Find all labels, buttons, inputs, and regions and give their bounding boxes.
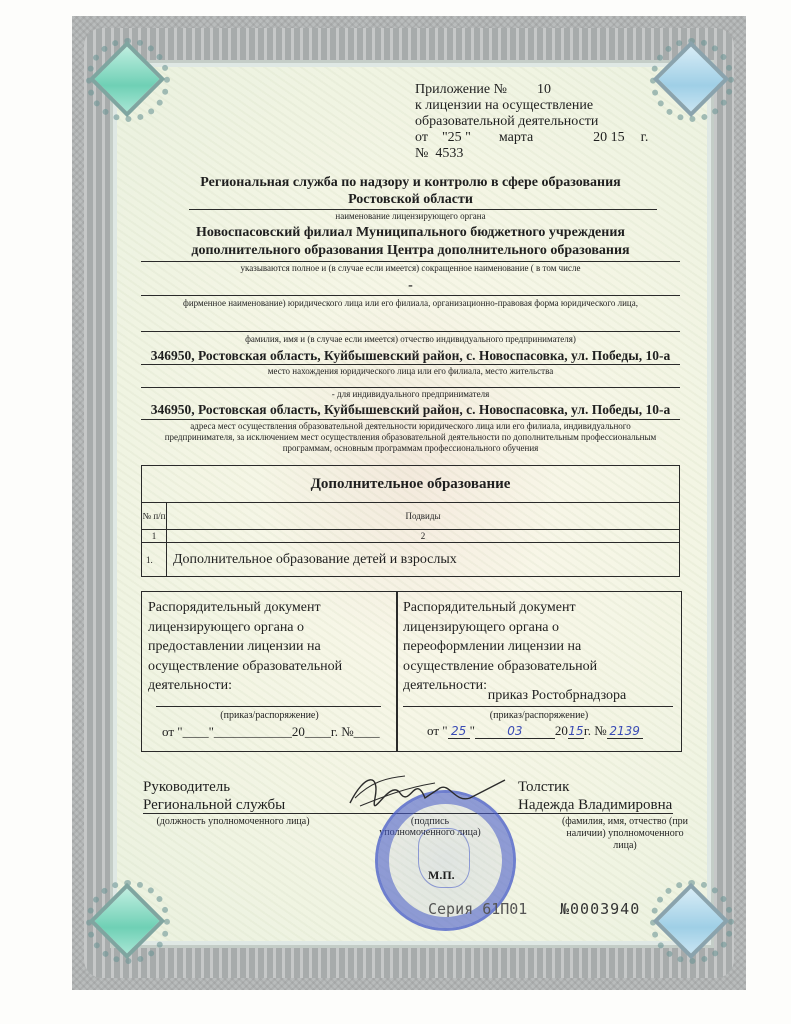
appendix-number: 10 [537, 82, 551, 97]
table-row: 1. Дополнительное образование детей и вз… [142, 543, 680, 577]
form-number: №0003940 [560, 900, 640, 918]
activity-caption-1: адреса мест осуществления образовательно… [141, 421, 680, 432]
education-table: Дополнительное образование № п/п Подвиды… [141, 465, 680, 577]
signature-scribble [345, 768, 515, 818]
activity-caption-2: предпринимателя, за исключением мест осу… [141, 432, 680, 443]
appendix-line2: к лицензии на осуществление [415, 98, 675, 114]
grant-document-caption: (приказ/распоряжение) [142, 710, 397, 721]
grant-document-box: Распорядительный документ лицензирующего… [141, 591, 398, 752]
appendix-date-month: марта [499, 130, 533, 145]
activity-caption-3: программам, основным программам професси… [141, 443, 680, 454]
number-prefix: г. № [584, 723, 607, 738]
reissue-number: 2139 [607, 724, 643, 739]
label-line: осуществление образовательной [403, 657, 597, 677]
column-index-1: 1 [142, 530, 167, 543]
label-line: лицензирующего органа о [148, 618, 342, 638]
grant-document-date-line: от "____"____________20____г. №____ [162, 724, 380, 740]
position-caption: (должность уполномоченного лица) [143, 816, 323, 827]
table-title: Дополнительное образование [142, 466, 680, 503]
reissue-month: 03 [475, 724, 555, 739]
licensee-brand-name: - [141, 277, 680, 294]
licensee-caption-2: фирменное наименование) юридического лиц… [141, 298, 680, 309]
label-line: осуществление образовательной [148, 657, 342, 677]
signatory-surname: Толстик [518, 778, 672, 796]
appendix-date-day: "25 " [442, 130, 471, 145]
address-caption: место нахождения юридического лица или е… [141, 366, 680, 377]
reissue-day: 25 [448, 724, 470, 739]
corner-ornament-bottom-left [82, 876, 164, 958]
date-from: от " [427, 723, 448, 738]
label-line: деятельности: [148, 676, 342, 696]
reissue-document-caption: (приказ/распоряжение) [397, 710, 681, 721]
date-prefix: от [415, 130, 428, 145]
form-series: Серия 61П01 [428, 900, 527, 918]
year-prefix: 20 [555, 723, 568, 738]
licensee-name-line1: Новоспасовский филиал Муниципального бюд… [141, 224, 680, 241]
signatory-name: Толстик Надежда Владимировна [518, 778, 672, 814]
seal-label: М.П. [428, 868, 455, 883]
corner-ornament-top-left [82, 34, 164, 116]
row-number: 1. [142, 543, 167, 577]
grant-document-label: Распорядительный документ лицензирующего… [148, 598, 342, 696]
authority-caption: наименование лицензирующего органа [141, 211, 680, 222]
column-header-number: № п/п [142, 503, 167, 530]
license-number: № 4533 [415, 146, 675, 162]
appendix-label: Приложение № [415, 82, 507, 97]
label-line: лицензирующего органа о [403, 618, 597, 638]
authority-name-line2: Ростовской области [141, 191, 680, 208]
authority-name-line1: Региональная служба по надзору и контрол… [141, 174, 680, 191]
reissue-document-box: Распорядительный документ лицензирующего… [396, 591, 682, 752]
licensee-address: 346950, Ростовская область, Куйбышевский… [141, 347, 680, 364]
series-value: 61П01 [482, 900, 527, 918]
licensee-caption-3: фамилия, имя и (в случае если имеется) о… [141, 334, 680, 345]
name-caption: (фамилия, имя, отчество (при наличии) уп… [555, 816, 695, 852]
appendix-line3: образовательной деятельности [415, 114, 675, 130]
column-header-subtypes: Подвиды [167, 503, 680, 530]
date-suffix: г. [641, 130, 649, 145]
position-line1: Руководитель [143, 778, 285, 796]
ip-caption: - для индивидуального предпринимателя [141, 389, 680, 400]
appendix-header: Приложение №10 к лицензии на осуществлен… [415, 82, 675, 162]
signatory-position: Руководитель Региональной службы [143, 778, 285, 814]
label-line: переоформлении лицензии на [403, 637, 597, 657]
licensee-name-line2: дополнительного образования Центра допол… [141, 242, 680, 259]
corner-ornament-bottom-right [646, 876, 728, 958]
reissue-document-date-line: от "25"032015г. №2139 [427, 723, 643, 739]
reissue-document-value: приказ Ростобрнадзора [437, 688, 677, 704]
series-label: Серия [428, 900, 473, 918]
licensee-caption-1: указываются полное и (в случае если имее… [141, 263, 680, 274]
label-line: Распорядительный документ [148, 598, 342, 618]
reissue-document-label: Распорядительный документ лицензирующего… [403, 598, 597, 696]
label-line: Распорядительный документ [403, 598, 597, 618]
column-index-2: 2 [167, 530, 680, 543]
position-line2: Региональной службы [143, 796, 285, 814]
label-line: предоставлении лицензии на [148, 637, 342, 657]
row-subtype: Дополнительное образование детей и взрос… [167, 543, 680, 577]
reissue-year: 15 [568, 724, 584, 739]
appendix-date-year: 20 15 [593, 130, 625, 145]
activity-address: 346950, Ростовская область, Куйбышевский… [141, 401, 680, 418]
signatory-given-name: Надежда Владимировна [518, 796, 672, 814]
